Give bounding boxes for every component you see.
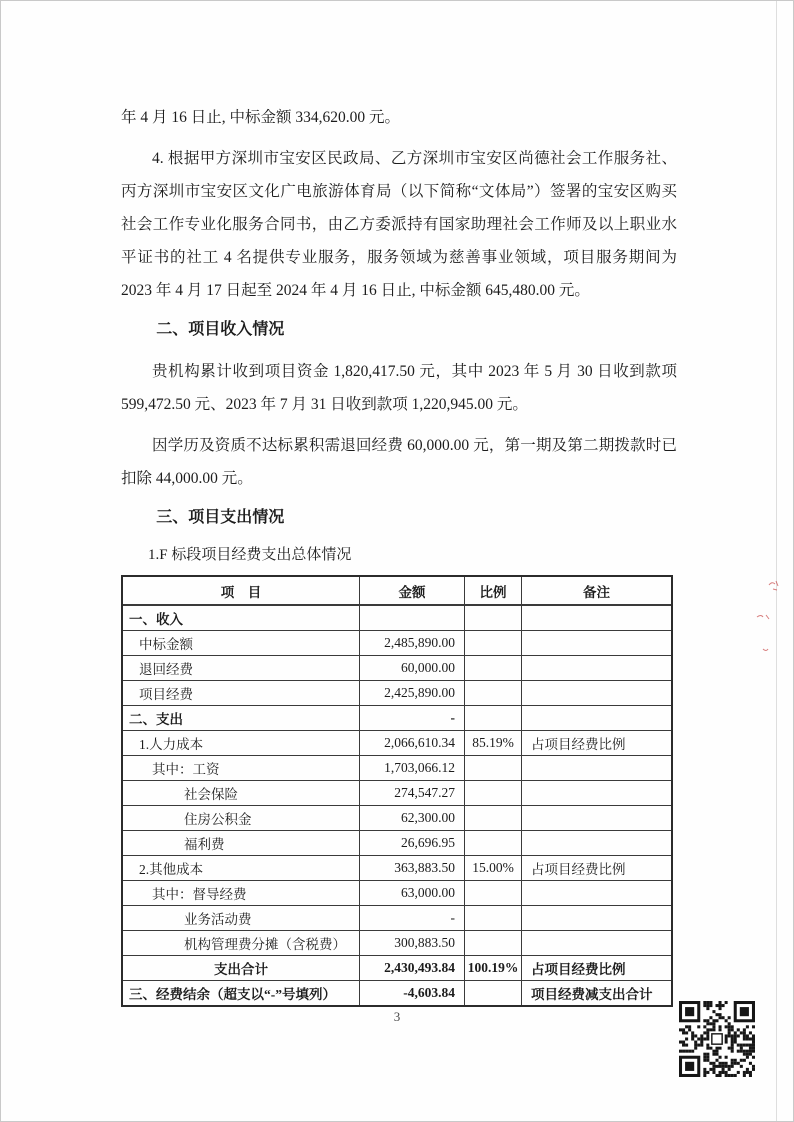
cell-note (522, 756, 671, 780)
table-row: 福利费26,696.95 (123, 830, 671, 855)
section-heading-income: 二、项目收入情况 (121, 319, 677, 341)
cell-amount: 26,696.95 (360, 831, 465, 855)
cell-amount: 274,547.27 (360, 781, 465, 805)
table-row: 中标金额2,485,890.00 (123, 630, 671, 655)
cell-ratio (465, 831, 522, 855)
table-body: 一、收入中标金额2,485,890.00退回经费60,000.00项目经费2,4… (123, 605, 671, 1005)
cell-item-label: 一、收入 (123, 606, 360, 630)
cell-note: 占项目经费比例 (522, 731, 671, 755)
cell-ratio (465, 756, 522, 780)
cell-note (522, 806, 671, 830)
cell-amount (360, 606, 465, 630)
col-header-ratio: 比例 (465, 577, 522, 604)
cell-note (522, 906, 671, 930)
cell-amount: 1,703,066.12 (360, 756, 465, 780)
cell-note (522, 831, 671, 855)
cell-ratio (465, 781, 522, 805)
table-header-row: 项 目 金额 比例 备注 (123, 577, 671, 605)
cell-item-label: 项目经费 (123, 681, 360, 705)
cell-ratio (465, 706, 522, 730)
table-row: 社会保险274,547.27 (123, 780, 671, 805)
cell-item-label: 2.其他成本 (123, 856, 360, 880)
cell-ratio (465, 656, 522, 680)
document-page: 年 4 月 16 日止, 中标金额 334,620.00 元。 4. 根据甲方深… (0, 0, 794, 1122)
table-row: 其中：工资1,703,066.12 (123, 755, 671, 780)
cell-amount: 2,430,493.84 (360, 956, 465, 980)
cell-amount: 63,000.00 (360, 881, 465, 905)
cell-ratio: 15.00% (465, 856, 522, 880)
cell-ratio (465, 906, 522, 930)
cell-item-label: 福利费 (123, 831, 360, 855)
cell-amount: - (360, 906, 465, 930)
cell-amount: 60,000.00 (360, 656, 465, 680)
cell-note (522, 656, 671, 680)
table-row: 支出合计2,430,493.84100.19%占项目经费比例 (123, 955, 671, 980)
scan-edge-line (776, 1, 777, 1122)
col-header-item: 项 目 (123, 577, 360, 604)
document-content: 年 4 月 16 日止, 中标金额 334,620.00 元。 4. 根据甲方深… (121, 101, 677, 1007)
cell-amount: 300,883.50 (360, 931, 465, 955)
expense-summary-table: 项 目 金额 比例 备注 一、收入中标金额2,485,890.00退回经费60,… (121, 575, 673, 1007)
page-number: 3 (1, 1009, 793, 1025)
cell-item-label: 退回经费 (123, 656, 360, 680)
cell-item-label: 中标金额 (123, 631, 360, 655)
paragraph-contract-continuation: 年 4 月 16 日止, 中标金额 334,620.00 元。 (121, 101, 677, 134)
cell-note (522, 931, 671, 955)
cell-ratio (465, 981, 522, 1005)
cell-ratio (465, 631, 522, 655)
qr-code-icon (679, 1001, 755, 1077)
table-row: 1.人力成本2,066,610.3485.19%占项目经费比例 (123, 730, 671, 755)
cell-note (522, 606, 671, 630)
cell-item-label: 三、经费结余（超支以“-”号填列） (123, 981, 360, 1005)
cell-item-label: 1.人力成本 (123, 731, 360, 755)
table-row: 退回经费60,000.00 (123, 655, 671, 680)
cell-amount: -4,603.84 (360, 981, 465, 1005)
cell-note (522, 781, 671, 805)
cell-item-label: 支出合计 (123, 956, 360, 980)
cell-amount: - (360, 706, 465, 730)
cell-ratio (465, 681, 522, 705)
table-row: 机构管理费分摊（含税费）300,883.50 (123, 930, 671, 955)
cell-item-label: 住房公积金 (123, 806, 360, 830)
cell-amount: 2,485,890.00 (360, 631, 465, 655)
paragraph-refund: 因学历及资质不达标累积需退回经费 60,000.00 元，第一期及第二期拨款时已… (121, 429, 677, 495)
cell-item-label: 其中：工资 (123, 756, 360, 780)
table-row: 2.其他成本363,883.5015.00%占项目经费比例 (123, 855, 671, 880)
cell-item-label: 其中：督导经费 (123, 881, 360, 905)
col-header-note: 备注 (522, 577, 671, 604)
expense-table-caption: 1.F 标段项目经费支出总体情况 (121, 543, 677, 567)
col-header-amount: 金额 (360, 577, 465, 604)
table-row: 二、支出- (123, 705, 671, 730)
table-row: 其中：督导经费63,000.00 (123, 880, 671, 905)
red-annotation-marks (749, 573, 781, 673)
cell-ratio (465, 931, 522, 955)
cell-note (522, 631, 671, 655)
cell-amount: 62,300.00 (360, 806, 465, 830)
cell-note (522, 681, 671, 705)
paragraph-income-received: 贵机构累计收到项目资金 1,820,417.50 元，其中 2023 年 5 月… (121, 355, 677, 421)
cell-amount: 2,425,890.00 (360, 681, 465, 705)
cell-ratio (465, 881, 522, 905)
cell-amount: 363,883.50 (360, 856, 465, 880)
cell-note (522, 706, 671, 730)
cell-ratio: 100.19% (465, 956, 522, 980)
cell-note: 占项目经费比例 (522, 856, 671, 880)
paragraph-contract-4: 4. 根据甲方深圳市宝安区民政局、乙方深圳市宝安区尚德社会工作服务社、丙方深圳市… (121, 142, 677, 307)
cell-ratio: 85.19% (465, 731, 522, 755)
cell-item-label: 社会保险 (123, 781, 360, 805)
cell-ratio (465, 806, 522, 830)
table-row: 住房公积金62,300.00 (123, 805, 671, 830)
table-row: 项目经费2,425,890.00 (123, 680, 671, 705)
cell-item-label: 二、支出 (123, 706, 360, 730)
cell-item-label: 业务活动费 (123, 906, 360, 930)
cell-ratio (465, 606, 522, 630)
cell-note (522, 881, 671, 905)
section-heading-expense: 三、项目支出情况 (121, 507, 677, 529)
cell-note: 占项目经费比例 (522, 956, 671, 980)
table-row: 三、经费结余（超支以“-”号填列）-4,603.84项目经费减支出合计 (123, 980, 671, 1005)
cell-item-label: 机构管理费分摊（含税费） (123, 931, 360, 955)
cell-amount: 2,066,610.34 (360, 731, 465, 755)
cell-note: 项目经费减支出合计 (522, 981, 671, 1005)
table-row: 一、收入 (123, 605, 671, 630)
table-row: 业务活动费- (123, 905, 671, 930)
